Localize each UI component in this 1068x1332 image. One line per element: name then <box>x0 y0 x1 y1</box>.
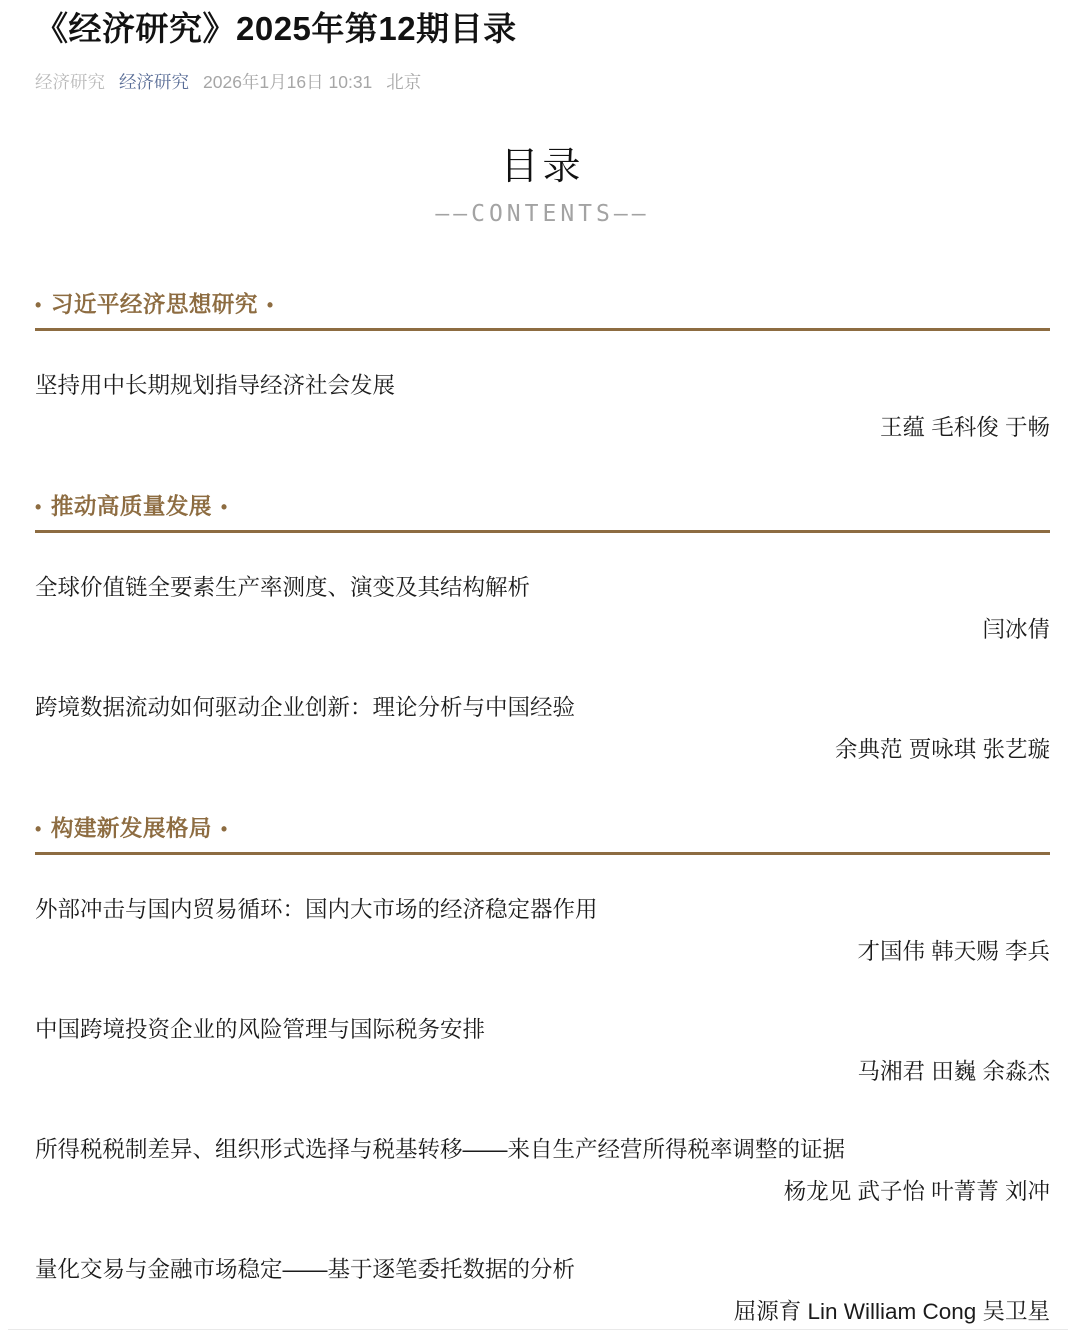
section-title: •构建新发展格局• <box>35 815 1050 843</box>
section-divider <box>35 530 1050 533</box>
section-title-text: 推动高质量发展 <box>51 494 212 519</box>
wechat-article-page: 《经济研究》2025年第12期目录 经济研究 经济研究 2026年1月16日 1… <box>0 0 1068 1327</box>
section-bullet-icon: • <box>267 295 274 315</box>
section-title: •推动高质量发展• <box>35 493 1050 521</box>
byline: 经济研究 经济研究 2026年1月16日 10:31 北京 <box>35 71 1050 93</box>
article-authors: 马湘君 田巍 余淼杰 <box>35 1057 1050 1087</box>
section-bullet-icon: • <box>35 819 42 839</box>
article-title: 跨境数据流动如何驱动企业创新：理论分析与中国经验 <box>35 693 1050 723</box>
article-title: 外部冲击与国内贸易循环：国内大市场的经济稳定器作用 <box>35 895 1050 925</box>
section-title: •习近平经济思想研究• <box>35 291 1050 319</box>
article-authors: 余典范 贾咏琪 张艺璇 <box>35 735 1050 765</box>
section-high-quality-development: •推动高质量发展• 全球价值链全要素生产率测度、演变及其结构解析 闫冰倩 跨境数… <box>35 493 1050 765</box>
byline-author: 经济研究 <box>35 71 105 93</box>
article-authors: 屈源育 Lin William Cong 吴卫星 <box>35 1297 1050 1327</box>
section-title-text: 构建新发展格局 <box>51 816 212 841</box>
article-entry: 坚持用中长期规划指导经济社会发展 王蕴 毛科俊 于畅 <box>35 371 1050 443</box>
article-authors: 闫冰倩 <box>35 615 1050 645</box>
publish-datetime: 2026年1月16日 10:31 <box>203 71 372 93</box>
section-divider <box>35 852 1050 855</box>
section-xi-economic-thought: •习近平经济思想研究• 坚持用中长期规划指导经济社会发展 王蕴 毛科俊 于畅 <box>35 291 1050 443</box>
article-entry: 外部冲击与国内贸易循环：国内大市场的经济稳定器作用 才国伟 韩天赐 李兵 <box>35 895 1050 967</box>
article-authors: 杨龙见 武子怡 叶菁菁 刘冲 <box>35 1177 1050 1207</box>
article-entry: 所得税税制差异、组织形式选择与税基转移——来自生产经营所得税率调整的证据 杨龙见… <box>35 1135 1050 1207</box>
section-bullet-icon: • <box>35 295 42 315</box>
toc-contents-label: ——CONTENTS—— <box>35 201 1050 227</box>
article-entry: 中国跨境投资企业的风险管理与国际税务安排 马湘君 田巍 余淼杰 <box>35 1015 1050 1087</box>
section-title-text: 习近平经济思想研究 <box>51 292 258 317</box>
article-entry: 量化交易与金融市场稳定——基于逐笔委托数据的分析 屈源育 Lin William… <box>35 1255 1050 1327</box>
article-authors: 王蕴 毛科俊 于畅 <box>35 413 1050 443</box>
bottom-divider <box>8 1329 1068 1330</box>
section-bullet-icon: • <box>221 497 228 517</box>
article-title: 中国跨境投资企业的风险管理与国际税务安排 <box>35 1015 1050 1045</box>
section-bullet-icon: • <box>221 819 228 839</box>
page-title: 《经济研究》2025年第12期目录 <box>35 8 1050 49</box>
article-title: 坚持用中长期规划指导经济社会发展 <box>35 371 1050 401</box>
article-authors: 才国伟 韩天赐 李兵 <box>35 937 1050 967</box>
article-title: 量化交易与金融市场稳定——基于逐笔委托数据的分析 <box>35 1255 1050 1285</box>
toc-heading: 目录 <box>35 143 1050 192</box>
article-entry: 全球价值链全要素生产率测度、演变及其结构解析 闫冰倩 <box>35 573 1050 645</box>
account-link[interactable]: 经济研究 <box>119 71 189 93</box>
section-bullet-icon: • <box>35 497 42 517</box>
section-divider <box>35 328 1050 331</box>
article-title: 所得税税制差异、组织形式选择与税基转移——来自生产经营所得税率调整的证据 <box>35 1135 1050 1165</box>
publish-location: 北京 <box>386 71 421 93</box>
section-new-development-pattern: •构建新发展格局• 外部冲击与国内贸易循环：国内大市场的经济稳定器作用 才国伟 … <box>35 815 1050 1327</box>
article-entry: 跨境数据流动如何驱动企业创新：理论分析与中国经验 余典范 贾咏琪 张艺璇 <box>35 693 1050 765</box>
article-title: 全球价值链全要素生产率测度、演变及其结构解析 <box>35 573 1050 603</box>
